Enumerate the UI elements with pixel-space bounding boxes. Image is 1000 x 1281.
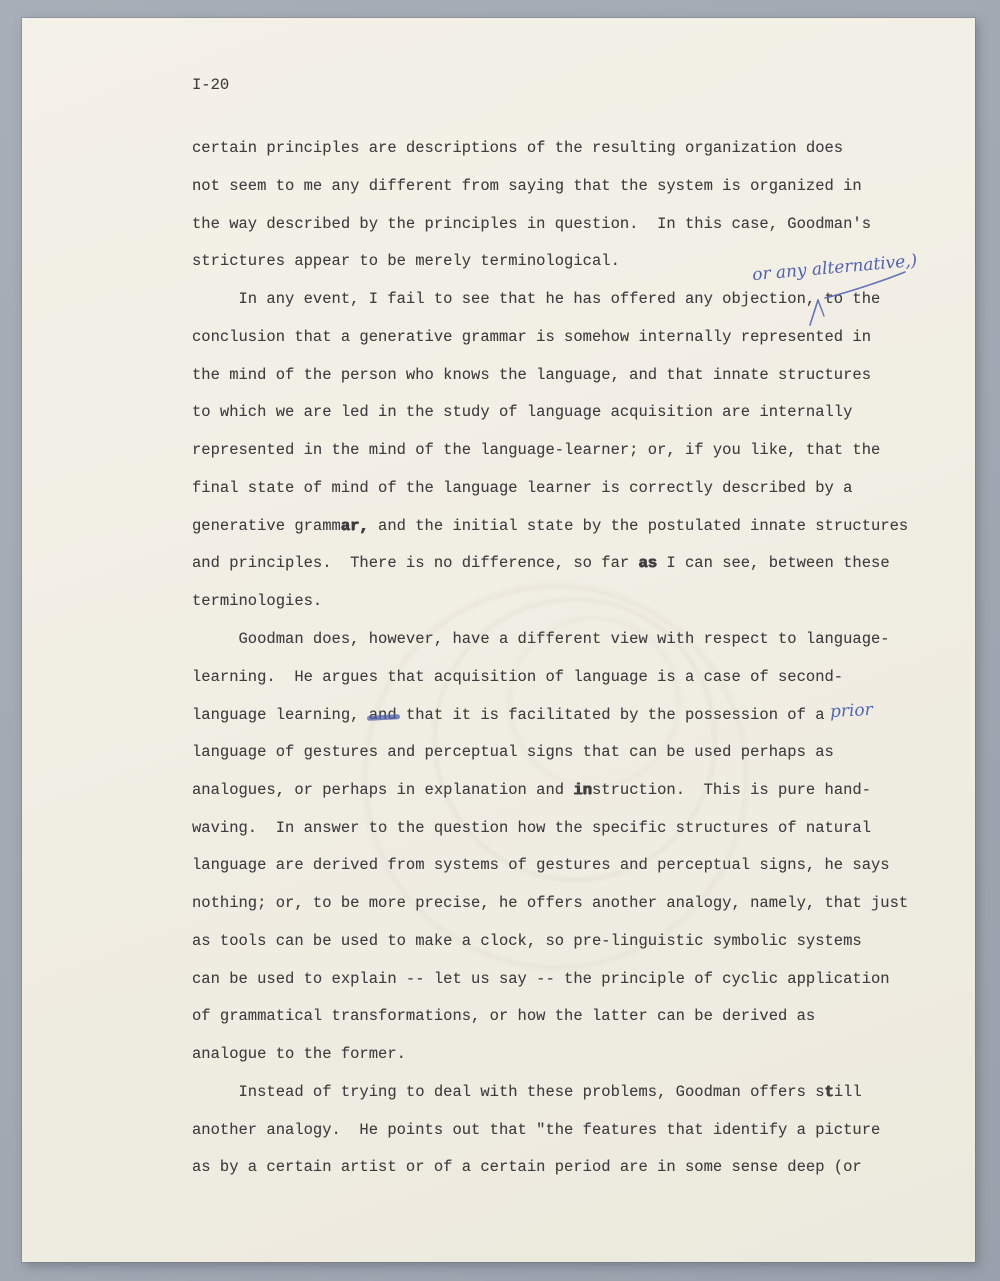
typed-text: analogue to the former. xyxy=(192,1045,406,1063)
typed-text: I can see, between these xyxy=(657,554,890,572)
typed-line-2: not seem to me any different from saying… xyxy=(192,178,908,216)
typed-line-11: generative grammar, and the initial stat… xyxy=(192,518,908,556)
typed-text: Goodman does, however, have a different … xyxy=(192,630,890,648)
typed-line-12: and principles. There is no difference, … xyxy=(192,555,908,593)
typed-text: and principles. There is no difference, … xyxy=(192,554,638,572)
typed-line-25: analogue to the former. xyxy=(192,1046,908,1084)
typed-line-18: analogues, or perhaps in explanation and… xyxy=(192,782,908,820)
typed-line-7: the mind of the person who knows the lan… xyxy=(192,367,908,405)
typed-text: final state of mind of the language lear… xyxy=(192,479,852,497)
typed-text: waving. In answer to the question how th… xyxy=(192,819,871,837)
typed-text: not seem to me any different from saying… xyxy=(192,177,862,195)
struck-out-word: and xyxy=(369,707,397,724)
typed-line-14: Goodman does, however, have a different … xyxy=(192,631,908,669)
typed-text: generative gramm xyxy=(192,517,341,535)
typed-line-16: language learning, and that it is facili… xyxy=(192,706,908,744)
typed-line-20: language are derived from systems of ges… xyxy=(192,857,908,895)
typed-line-15: learning. He argues that acquisition of … xyxy=(192,669,908,707)
typed-line-1: certain principles are descriptions of t… xyxy=(192,140,908,178)
typed-line-22: as tools can be used to make a clock, so… xyxy=(192,933,908,971)
typed-text: can be used to explain -- let us say -- … xyxy=(192,970,890,988)
overstruck-text: ar, xyxy=(341,517,369,535)
typed-text: ill xyxy=(834,1083,862,1101)
typed-text: certain principles are descriptions of t… xyxy=(192,139,843,157)
typed-line-13: terminologies. xyxy=(192,593,908,631)
typed-text: language learning, xyxy=(192,706,369,724)
typed-text: and the initial state by the postulated … xyxy=(369,517,909,535)
typed-line-28: as by a certain artist or of a certain p… xyxy=(192,1159,908,1197)
typed-text: the way described by the principles in q… xyxy=(192,215,871,233)
typed-line-3: the way described by the principles in q… xyxy=(192,216,908,254)
handwritten-word: prior xyxy=(829,702,873,721)
overstruck-text: in xyxy=(573,781,592,799)
typed-line-8: to which we are led in the study of lang… xyxy=(192,404,908,442)
typed-line-24: of grammatical transformations, or how t… xyxy=(192,1008,908,1046)
typed-text: as by a certain artist or of a certain p… xyxy=(192,1158,862,1176)
typed-text: language are derived from systems of ges… xyxy=(192,856,890,874)
typed-text: represented in the mind of the language-… xyxy=(192,441,880,459)
typed-line-26: Instead of trying to deal with these pro… xyxy=(192,1084,908,1122)
typed-text: struction. This is pure hand- xyxy=(592,781,871,799)
typed-line-17: language of gestures and perceptual sign… xyxy=(192,744,908,782)
typed-text: the mind of the person who knows the lan… xyxy=(192,366,871,384)
overstruck-text: as xyxy=(638,554,657,572)
typed-text: language of gestures and perceptual sign… xyxy=(192,743,834,761)
typed-text: nothing; or, to be more precise, he offe… xyxy=(192,894,908,912)
overstruck-text: t xyxy=(825,1083,834,1101)
typed-line-27: another analogy. He points out that "the… xyxy=(192,1122,908,1160)
typed-text: another analogy. He points out that "the… xyxy=(192,1121,880,1139)
scan-background: I-20 certain principles are descriptions… xyxy=(0,0,1000,1281)
typed-line-10: final state of mind of the language lear… xyxy=(192,480,908,518)
typed-text: to which we are led in the study of lang… xyxy=(192,403,852,421)
typed-text: as tools can be used to make a clock, so… xyxy=(192,932,862,950)
typed-text: of grammatical transformations, or how t… xyxy=(192,1007,815,1025)
typed-text: that it is facilitated by the possession… xyxy=(397,706,825,724)
typed-text: terminologies. xyxy=(192,592,322,610)
typed-line-23: can be used to explain -- let us say -- … xyxy=(192,971,908,1009)
insertion-caret-mark xyxy=(735,258,925,338)
typed-text: learning. He argues that acquisition of … xyxy=(192,668,843,686)
typed-line-9: represented in the mind of the language-… xyxy=(192,442,908,480)
typed-text: Instead of trying to deal with these pro… xyxy=(192,1083,825,1101)
typed-text: strictures appear to be merely terminolo… xyxy=(192,252,620,270)
typed-line-21: nothing; or, to be more precise, he offe… xyxy=(192,895,908,933)
page-number: I-20 xyxy=(192,76,229,94)
typed-text: analogues, or perhaps in explanation and xyxy=(192,781,573,799)
typed-line-19: waving. In answer to the question how th… xyxy=(192,820,908,858)
